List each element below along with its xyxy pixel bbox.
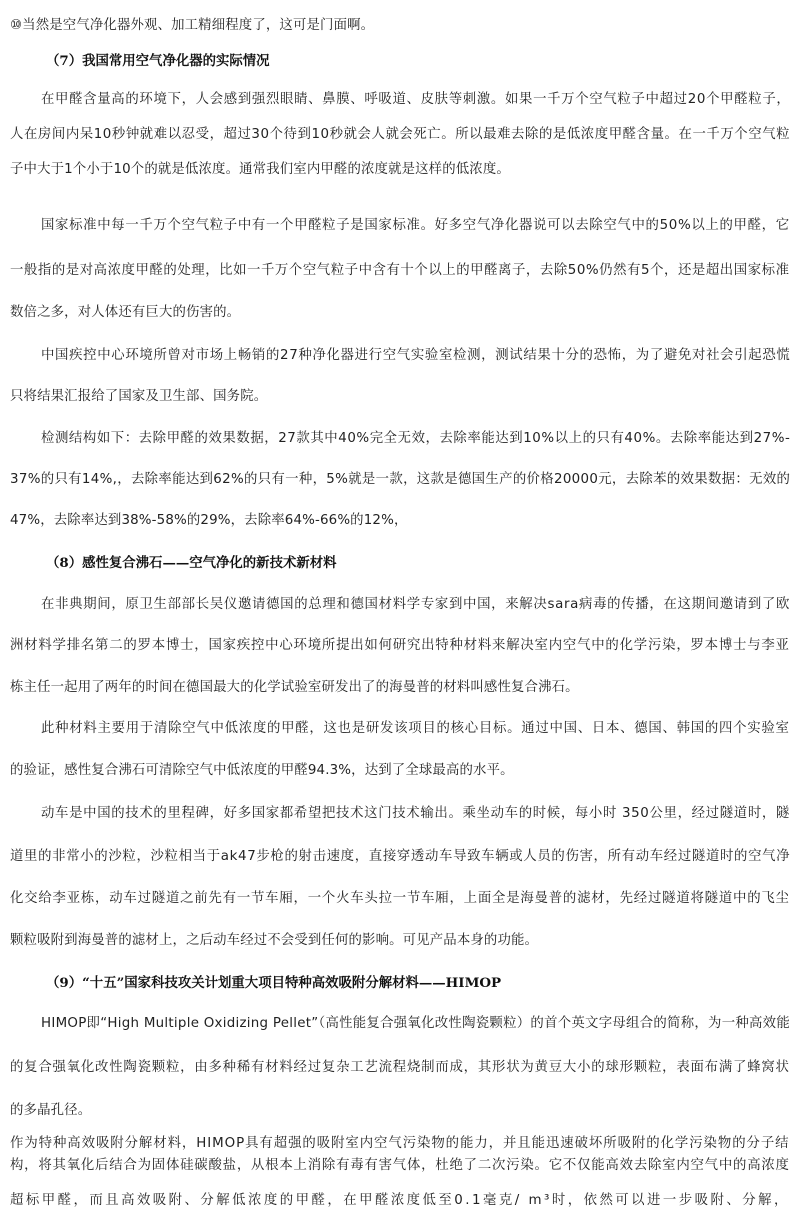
- paragraph-line: 检测结构如下：去除甲醛的效果数据，27款其中40%完全无效，去除率能达到10%以…: [41, 431, 790, 447]
- paragraph-line: HIMOP即“High Multiple Oxidizing Pellet”（高…: [41, 1016, 790, 1032]
- paragraph-line: 道里的非常小的沙粒，沙粒相当于ak47步枪的射击速度，直接穿透动车导致车辆或人员…: [10, 849, 790, 865]
- paragraph-line: 一般指的是对高浓度甲醛的处理，比如一千万个空气粒子中含有十个以上的甲醛离子，去除…: [10, 263, 790, 279]
- paragraph-line: 47%，去除率达到38%-58%的29%，去除率64%-66%的12%，: [10, 513, 407, 529]
- paragraph-line: 子中大于1个小于10个的就是低浓度。通常我们室内甲醛的浓度就是这样的低浓度。: [10, 162, 510, 178]
- paragraph-line: 的多晶孔径。: [10, 1103, 91, 1119]
- section-heading-7: （7）我国常用空气净化器的实际情况: [46, 53, 270, 69]
- paragraph-line: 此种材料主要用于清除空气中低浓度的甲醛，这也是研发该项目的核心目标。通过中国、日…: [41, 721, 790, 737]
- section-heading-9: （9）“十五”国家科技攻关计划重大项目特种高效吸附分解材料——HIMOP: [46, 975, 501, 991]
- paragraph-line: 超标甲醛，而且高效吸附、分解低浓度的甲醛，在甲醛浓度低至0.1毫克/ m³时，依…: [10, 1193, 790, 1209]
- paragraph-line: 在甲醛含量高的环境下，人会感到强烈眼睛、鼻膜、呼吸道、皮肤等刺激。如果一千万个空…: [41, 92, 790, 108]
- paragraph-line: 的复合强氧化改性陶瓷颗粒，由多种稀有材料经过复杂工艺流程烧制而成，其形状为黄豆大…: [10, 1060, 790, 1076]
- paragraph-line: 作为特种高效吸附分解材料，HIMOP具有超强的吸附室内空气污染物的能力，并且能迅…: [10, 1136, 790, 1152]
- paragraph-line: 动车是中国的技术的里程碑，好多国家都希望把技术这门技术输出。乘坐动车的时候，每小…: [41, 806, 790, 822]
- paragraph-line: 数倍之多，对人体还有巨大的伤害的。: [10, 305, 240, 321]
- paragraph-line: 构，将其氧化后结合为固体硅碳酸盐，从根本上消除有毒有害气体，杜绝了二次污染。它不…: [10, 1158, 790, 1174]
- paragraph-line: 只将结果汇报给了国家及卫生部、国务院。: [10, 389, 267, 405]
- paragraph-line: 化交给李亚栋，动车过隧道之前先有一节车厢，一个火车头拉一节车厢，上面全是海曼普的…: [10, 891, 790, 907]
- paragraph-line: 栋主任一起用了两年的时间在德国最大的化学试验室研发出了的海曼普的材料叫感性复合沸…: [10, 680, 579, 696]
- paragraph-line: 洲材料学排名第二的罗本博士，国家疾控中心环境所提出如何研究出特种材料来解决室内空…: [10, 638, 790, 654]
- paragraph-line: 人在房间内呆10秒钟就难以忍受，超过30个待到10秒就会人就会死亡。所以最难去除…: [10, 127, 790, 143]
- paragraph-line: 37%的只有14%,，去除率能达到62%的只有一种，5%就是一款，这款是德国生产…: [10, 472, 790, 488]
- paragraph-line: 在非典期间，原卫生部部长吴仪邀请德国的总理和德国材料学专家到中国，来解决sara…: [41, 597, 790, 613]
- paragraph-line: 颗粒吸附到海曼普的滤材上，之后动车经过不会受到任何的影响。可见产品本身的功能。: [10, 933, 538, 949]
- paragraph-line: 中国疾控中心环境所曾对市场上畅销的27种净化器进行空气实验室检测，测试结果十分的…: [41, 348, 790, 364]
- paragraph-line: 国家标准中每一千万个空气粒子中有一个甲醛粒子是国家标准。好多空气净化器说可以去除…: [41, 218, 790, 234]
- paragraph-line: 的验证，感性复合沸石可清除空气中低浓度的甲醛94.3%，达到了全球最高的水平。: [10, 763, 514, 779]
- section-heading-8: （8）感性复合沸石——空气净化的新技术新材料: [46, 555, 337, 571]
- paragraph-line: ⑩当然是空气净化器外观、加工精细程度了，这可是门面啊。: [10, 18, 374, 34]
